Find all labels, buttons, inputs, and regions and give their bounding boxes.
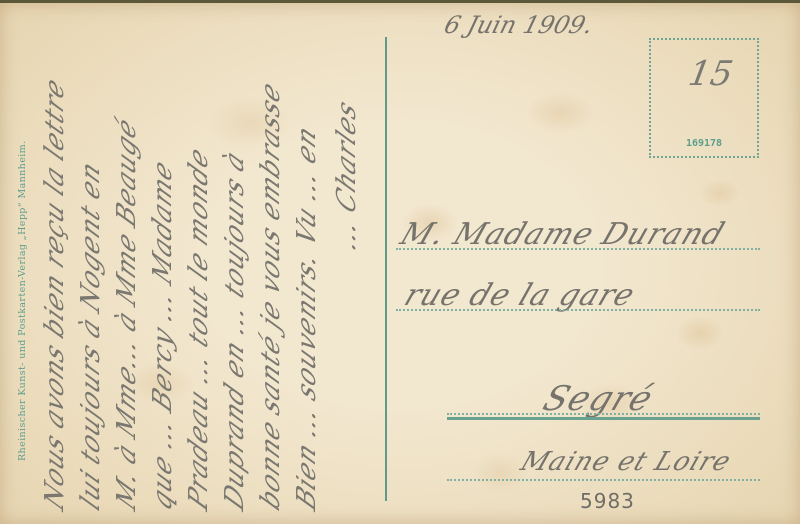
address-line-3 — [447, 413, 760, 415]
handwritten-date: 6 Juin 1909. — [441, 11, 596, 39]
address-line-3-underline — [447, 417, 760, 420]
address-line-2-text: rue de la gare — [400, 278, 640, 313]
message-signature: ... Charles — [332, 94, 362, 256]
catalog-number: 5983 — [580, 489, 635, 513]
handwritten-message: Nous avons bien reçu la lettre lui toujo… — [40, 28, 380, 508]
stamp-printed-number: 169178 — [651, 138, 757, 149]
vertical-divider — [385, 37, 387, 501]
address-line-1-text: M. Madame Durand — [396, 217, 730, 252]
message-line: M. à Mme... à Mme Beaugé — [112, 112, 142, 516]
message-line: Nous avons bien reçu la lettre — [40, 72, 70, 516]
message-line: Pradeau ... tout le monde — [184, 141, 214, 516]
address-line-2 — [396, 309, 760, 311]
message-line: bonne santé je vous embrasse — [256, 76, 286, 516]
message-line: Duprand en ... toujours à — [220, 145, 250, 516]
message-line: Bien ... souvenirs. Vu ... en — [292, 120, 322, 516]
publisher-imprint: Rheinischer Kunst- und Postkarten-Verlag… — [17, 141, 28, 462]
address-line-4-text: Maine et Loire — [517, 447, 736, 477]
stamp-box: 15 169178 — [649, 38, 759, 158]
address-line-1 — [396, 248, 760, 250]
message-line: que ... Bercy ... Madame — [148, 154, 178, 516]
message-line: lui toujours à Nogent en — [76, 155, 106, 516]
stamp-handwritten-note: 15 — [685, 54, 735, 94]
postcard-back: Rheinischer Kunst- und Postkarten-Verlag… — [0, 0, 800, 524]
address-line-4 — [447, 479, 760, 481]
